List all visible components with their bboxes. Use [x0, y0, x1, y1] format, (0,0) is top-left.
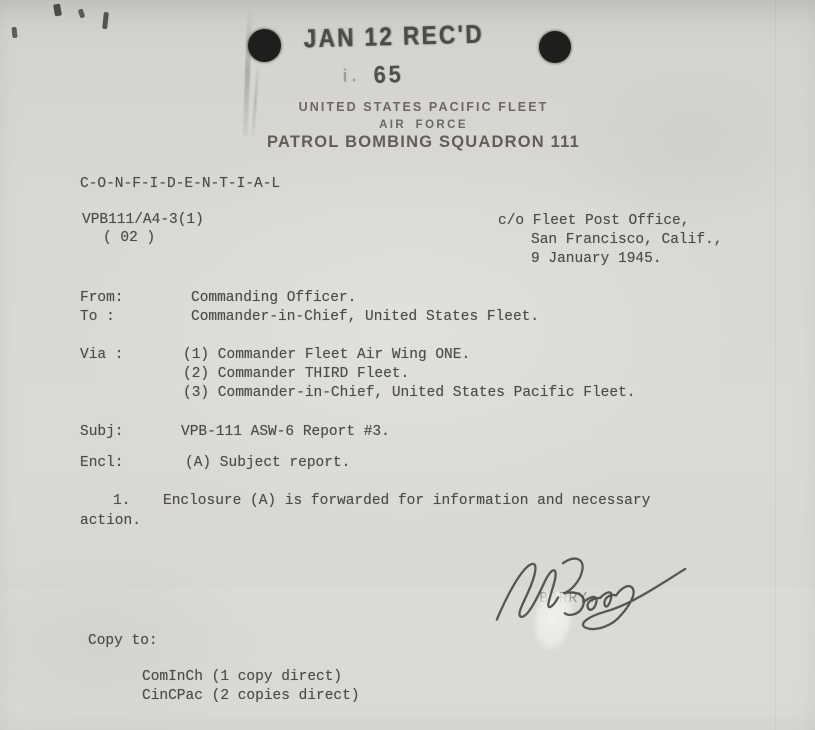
copy-to-item-2: CinCPac (2 copies direct)	[142, 687, 360, 705]
letterhead-fleet: UNITED STATES PACIFIC FLEET	[0, 100, 815, 114]
letterhead-force: AIR FORCE	[0, 119, 815, 131]
stamp-faint-marks: i.	[342, 65, 361, 86]
classification-line: C-O-N-F-I-D-E-N-T-I-A-L	[80, 175, 280, 193]
copy-to-item-1: ComInCh (1 copy direct)	[142, 668, 342, 686]
body-paragraph-number: 1.	[113, 492, 130, 510]
received-date-stamp: JAN 12 REC'D i. 65	[295, 17, 517, 93]
subject-label: Subj:	[80, 423, 124, 441]
body-line-1: Enclosure (A) is forwarded for informati…	[163, 492, 650, 510]
return-address-line-2: San Francisco, Calif.,	[531, 231, 722, 249]
enclosure-value: (A) Subject report.	[185, 454, 350, 472]
via-item-3: (3) Commander-in-Chief, United States Pa…	[183, 384, 635, 402]
letterhead-squadron: PATROL BOMBING SQUADRON 111	[0, 133, 815, 152]
file-ref-line-1: VPB111/A4-3(1)	[82, 211, 204, 229]
scanned-letter-page: JAN 12 REC'D i. 65 UNITED STATES PACIFIC…	[0, 0, 815, 730]
file-ref-line-2: ( 02 )	[103, 229, 155, 247]
via-label: Via :	[80, 346, 124, 364]
from-label: From:	[80, 289, 124, 307]
copy-to-label: Copy to:	[88, 632, 158, 650]
subject-value: VPB-111 ASW-6 Report #3.	[181, 423, 390, 441]
hole-punch-left	[248, 29, 281, 62]
stamp-year-line: 65	[373, 60, 404, 89]
via-item-2: (2) Commander THIRD Fleet.	[183, 365, 409, 383]
return-address-line-1: c/o Fleet Post Office,	[498, 212, 689, 230]
handwritten-signature	[485, 546, 713, 639]
to-label: To :	[80, 308, 115, 326]
ink-speck	[53, 3, 62, 16]
enclosure-label: Encl:	[80, 454, 124, 472]
via-item-1: (1) Commander Fleet Air Wing ONE.	[183, 346, 470, 364]
stamp-date-line: JAN 12 REC'D	[303, 20, 484, 55]
ink-speck	[11, 27, 17, 38]
to-value: Commander-in-Chief, United States Fleet.	[191, 308, 539, 326]
letter-date: 9 January 1945.	[531, 250, 662, 268]
from-value: Commanding Officer.	[191, 289, 356, 307]
smudge-streak	[243, 8, 252, 136]
hole-punch-right	[539, 31, 571, 63]
ink-speck	[78, 8, 86, 18]
ink-speck	[102, 12, 109, 29]
body-line-2: action.	[80, 512, 141, 530]
